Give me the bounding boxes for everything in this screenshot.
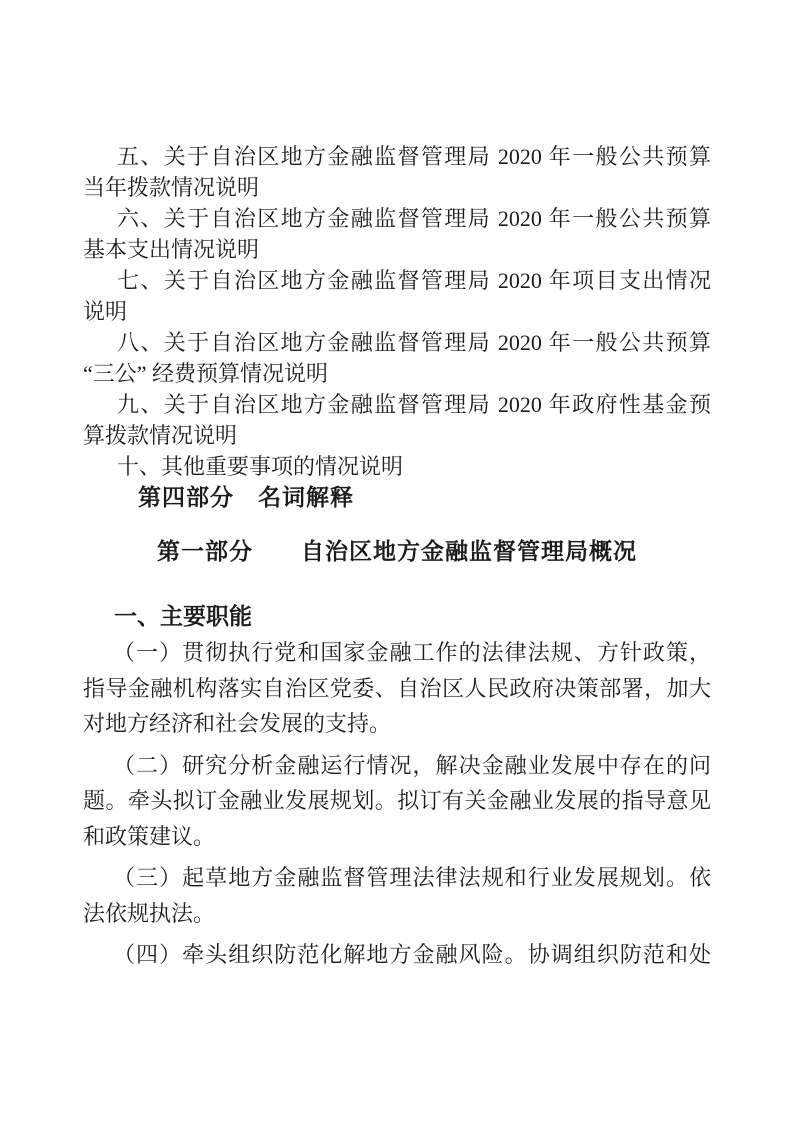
toc-line: 五、关于自治区地方金融监督管理局 2020 年一般公共预算	[83, 141, 711, 172]
toc-list: 五、关于自治区地方金融监督管理局 2020 年一般公共预算当年拨款情况说明六、关…	[83, 141, 711, 482]
paragraph: （二）研究分析金融运行情况，解决金融业发展中存在的问题。牵头拟订金融业发展规划。…	[83, 748, 711, 855]
section-heading: 一、主要职能	[83, 599, 711, 633]
paragraph: （一）贯彻执行党和国家金融工作的法律法规、方针政策，指导金融机构落实自治区党委、…	[83, 635, 711, 742]
toc-line: 当年拨款情况说明	[83, 172, 711, 203]
toc-line: 说明	[83, 296, 711, 327]
paragraph-line: 题。牵头拟订金融业发展规划。拟订有关金融业发展的指导意见	[83, 783, 711, 819]
part1-heading: 第一部分 自治区地方金融监督管理局概况	[83, 533, 711, 569]
toc-line: “三公” 经费预算情况说明	[83, 358, 711, 389]
toc-line: 基本支出情况说明	[83, 234, 711, 265]
paragraph: （三）起草地方金融监督管理法律法规和行业发展规划。依法依规执法。	[83, 860, 711, 931]
body-paragraphs: （一）贯彻执行党和国家金融工作的法律法规、方针政策，指导金融机构落实自治区党委、…	[83, 635, 711, 973]
paragraph-line: 和政策建议。	[83, 819, 711, 855]
paragraph-line: （四）牵头组织防范化解地方金融风险。协调组织防范和处	[83, 937, 711, 973]
toc-line: 八、关于自治区地方金融监督管理局 2020 年一般公共预算	[83, 327, 711, 358]
paragraph-line: 指导金融机构落实自治区党委、自治区人民政府决策部署，加大	[83, 671, 711, 707]
toc-line: 六、关于自治区地方金融监督管理局 2020 年一般公共预算	[83, 203, 711, 234]
toc-line: 十、其他重要事项的情况说明	[83, 451, 711, 482]
paragraph: （四）牵头组织防范化解地方金融风险。协调组织防范和处	[83, 937, 711, 973]
paragraph-line: （三）起草地方金融监督管理法律法规和行业发展规划。依	[83, 860, 711, 896]
part4-heading: 第四部分 名词解释	[83, 482, 711, 513]
document-content: 五、关于自治区地方金融监督管理局 2020 年一般公共预算当年拨款情况说明六、关…	[83, 141, 711, 979]
paragraph-line: 对地方经济和社会发展的支持。	[83, 706, 711, 742]
toc-line: 七、关于自治区地方金融监督管理局 2020 年项目支出情况	[83, 265, 711, 296]
toc-line: 算拨款情况说明	[83, 420, 711, 451]
toc-line: 九、关于自治区地方金融监督管理局 2020 年政府性基金预	[83, 389, 711, 420]
paragraph-line: （一）贯彻执行党和国家金融工作的法律法规、方针政策，	[83, 635, 711, 671]
paragraph-line: 法依规执法。	[83, 896, 711, 932]
paragraph-line: （二）研究分析金融运行情况，解决金融业发展中存在的问	[83, 748, 711, 784]
document-page: 五、关于自治区地方金融监督管理局 2020 年一般公共预算当年拨款情况说明六、关…	[0, 0, 793, 1122]
